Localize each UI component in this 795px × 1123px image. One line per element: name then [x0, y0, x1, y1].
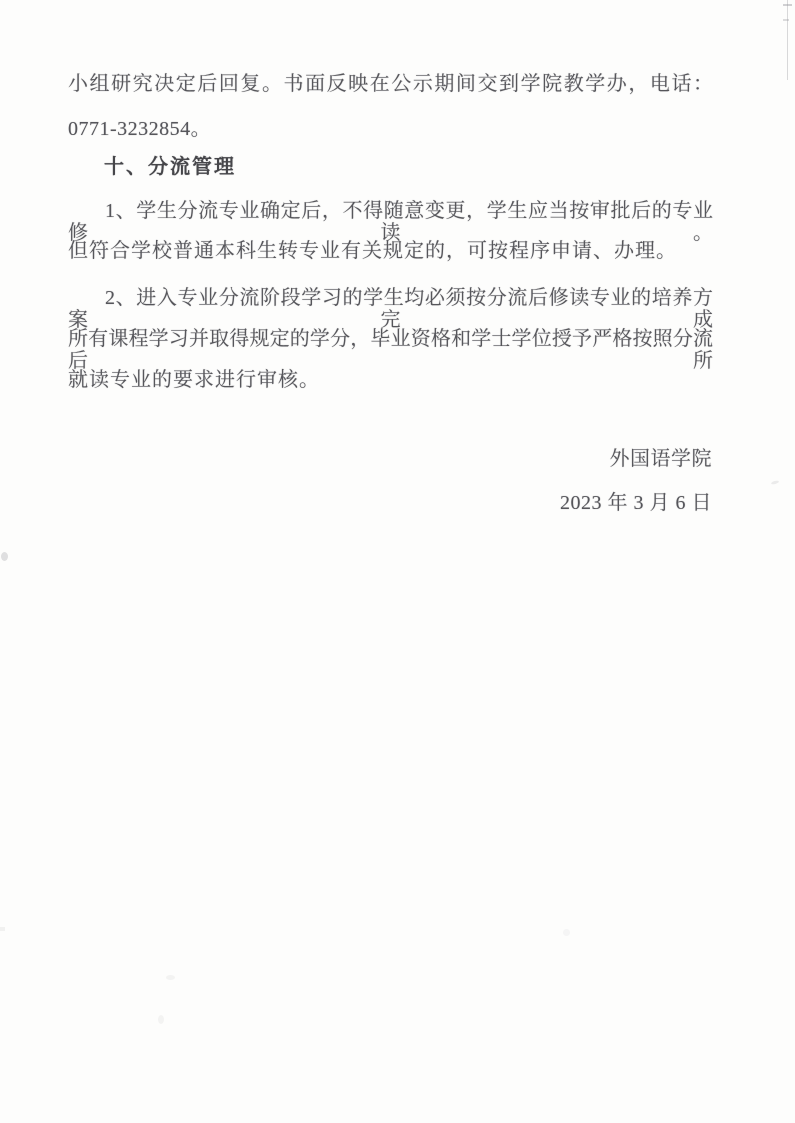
scan-artifact-tick	[783, 4, 792, 6]
scan-artifact-smudge	[158, 1015, 164, 1024]
scan-artifact-smudge	[0, 927, 5, 931]
item1-line-2: 但符合学校普通本科生转专业有关规定的，可按程序申请、办理。	[68, 240, 713, 262]
item2-line-3: 就读专业的要求进行审核。	[68, 369, 713, 391]
scan-artifact-edge-line	[787, 0, 788, 80]
item2-line-1: 2、进入专业分流阶段学习的学生均必须按分流后修读专业的培养方案完成	[68, 287, 713, 331]
item2-line-2: 所有课程学习并取得规定的学分，毕业资格和学士学位授予严格按照分流后所	[68, 328, 713, 372]
intro-line-2-phone: 0771-3232854。	[68, 118, 713, 140]
scan-artifact-dot	[1, 552, 8, 561]
signature-organization: 外国语学院	[610, 448, 713, 470]
scan-artifact-tick	[783, 19, 789, 21]
scan-artifact-smudge	[166, 975, 175, 980]
scanned-document-page: 小组研究决定后回复。书面反映在公示期间交到学院教学办，电话： 0771-3232…	[0, 0, 795, 1123]
item1-line-1: 1、学生分流专业确定后，不得随意变更，学生应当按审批后的专业修读。	[68, 200, 713, 244]
section-heading: 十、分流管理	[104, 156, 236, 178]
intro-line-1: 小组研究决定后回复。书面反映在公示期间交到学院教学办，电话：	[68, 73, 713, 95]
scan-artifact-dot	[771, 480, 780, 485]
scan-artifact-smudge	[563, 929, 570, 936]
signature-date: 2023 年 3 月 6 日	[560, 492, 712, 514]
